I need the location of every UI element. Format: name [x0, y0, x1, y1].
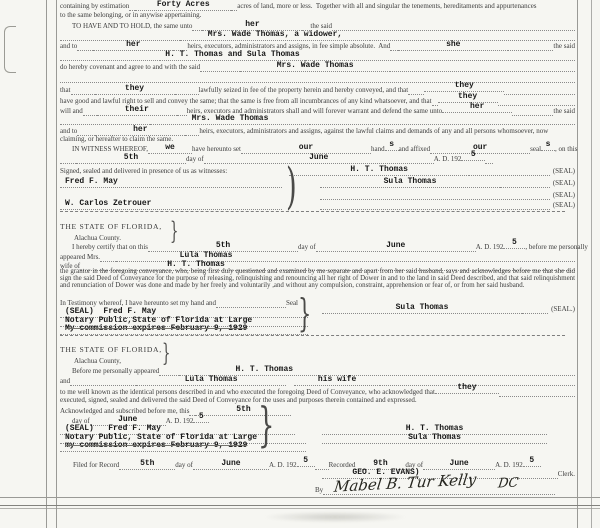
- page-rule-vertical-left-outer: [46, 0, 47, 528]
- notary-commission-line-1: My commission expires February 9, 1929: [60, 324, 320, 335]
- typed-entry: s: [385, 140, 399, 151]
- clerk-signature: Mabel B. Tur Kelly: [333, 470, 477, 496]
- dotted-blank: [60, 114, 150, 125]
- clerk-signature: DC: [497, 475, 519, 491]
- page-rule-vertical-right-inner: [577, 0, 578, 528]
- dotted-blank: [70, 375, 136, 386]
- dotted-blank: [60, 50, 160, 61]
- section-separator-2: [60, 335, 565, 336]
- covenant-line: do hereby covenant and agree to and with…: [60, 61, 575, 72]
- typed-entry: H. T. Thomas and Sula Thomas: [160, 50, 305, 61]
- typed-entry: June: [204, 153, 434, 164]
- dotted-blank: [320, 199, 550, 210]
- page-rule-horizontal-bottom-1: [0, 497, 600, 498]
- grantors-name-line: H. T. Thomas and Sula Thomas: [60, 50, 575, 61]
- curly-brace: ): [286, 162, 297, 210]
- printed-text: day of: [175, 460, 193, 470]
- dotted-blank: [522, 303, 548, 314]
- typed-entry: Mrs. Wade Thomas: [240, 61, 390, 72]
- grantee-name-line-2: Mrs. Wade Thomas: [60, 114, 575, 125]
- witness-attest-line: Signed, sealed and delivered in presence…: [60, 165, 575, 176]
- dotted-blank: [175, 84, 199, 95]
- printed-text: Clerk.: [558, 469, 575, 479]
- acknowledge-clause-line-2: executed, signed, sealed and delivered t…: [60, 394, 575, 405]
- dotted-blank: [500, 177, 550, 188]
- typed-entry: his wife: [294, 375, 380, 386]
- printed-text: to the same belonging, or in anywise app…: [60, 10, 201, 20]
- dotted-blank: [485, 153, 493, 164]
- state-heading-1: THE STATE OF FLORIDA,: [60, 221, 260, 232]
- sula-seal-line: Sula Thomas(SEAL.): [322, 303, 575, 314]
- typed-entry: June: [193, 459, 269, 470]
- dotted-blank: [200, 61, 240, 72]
- typed-entry: H. T. Thomas: [289, 165, 469, 176]
- printed-text: lawfully seized in fee of the property h…: [199, 85, 409, 95]
- scan-smudge: [235, 509, 435, 525]
- page-rule-horizontal-bottom-2: [0, 505, 600, 506]
- deputy-initials-line: DC: [498, 471, 558, 491]
- typed-entry: Lula Thomas: [136, 375, 286, 386]
- seal-label: (SEAL.): [551, 304, 575, 314]
- dotted-blank: [305, 50, 575, 61]
- deed-scan-page: containing by estimationForty Acresacres…: [0, 0, 600, 528]
- dower-clause-para: the grantor in the foregoing conveyance,…: [60, 268, 575, 289]
- typed-entry: 5th: [76, 153, 186, 164]
- spacer: [227, 166, 289, 176]
- printed-text: day of: [186, 154, 204, 164]
- typed-entry: 5: [523, 456, 541, 467]
- typed-entry: 5: [461, 150, 485, 161]
- witness-fred-may-line: Fred F. MaySula Thomas(SEAL): [60, 177, 575, 188]
- page-rule-vertical-right-outer: [591, 0, 592, 528]
- witness-zetrouer-line: W. Carlos Zetrouer(SEAL): [60, 199, 575, 210]
- typed-entry: they: [95, 84, 175, 95]
- printed-text: Filed for Record: [73, 460, 119, 470]
- typed-entry: 5: [503, 238, 525, 249]
- margin-bracket-mark: [4, 26, 16, 73]
- seisin-clause-line: thattheylawfully seized in fee of the pr…: [60, 84, 575, 95]
- typed-entry: they: [435, 383, 499, 394]
- state-heading-2: THE STATE OF FLORIDA,: [60, 344, 260, 355]
- typed-entry: they: [424, 81, 504, 92]
- seal-label: (SEAL): [553, 200, 575, 210]
- typed-entry: Sula Thomas: [322, 433, 547, 444]
- typed-entry: s: [541, 140, 555, 151]
- printed-text: Signed, sealed and delivered in presence…: [60, 166, 227, 176]
- typed-entry: W. Carlos Zetrouer: [60, 199, 282, 210]
- dotted-blank: [310, 114, 575, 125]
- execution-date-line: 5thday ofJuneA. D. 1925: [60, 153, 575, 164]
- dotted-blank: [390, 61, 575, 72]
- typed-entry: Sula Thomas: [322, 303, 522, 314]
- section-heading: THE STATE OF FLORIDA,: [60, 345, 162, 355]
- dotted-blank: [408, 84, 424, 95]
- printed-text: A. D. 192: [434, 154, 462, 164]
- spacer: [286, 376, 294, 386]
- dotted-blank: [504, 84, 575, 95]
- typed-entry: Mrs. Wade Thomas: [150, 114, 310, 125]
- printed-text: and: [60, 376, 70, 386]
- notary-commission-line-2: my commission expires February 9, 1929: [60, 441, 320, 452]
- clause-belonging: to the same belonging, or in anywise app…: [60, 9, 575, 20]
- curly-brace: }: [162, 342, 170, 365]
- printed-text: By: [315, 485, 323, 495]
- curly-brace: }: [258, 403, 274, 448]
- printed-text: A. D. 192: [269, 460, 297, 470]
- seal-label: (SEAL): [553, 178, 575, 188]
- typed-entry: 5th: [119, 459, 175, 470]
- section-separator-1: [60, 211, 565, 212]
- curly-brace: }: [298, 295, 311, 331]
- typed-entry: My commission expires February 9, 1929: [60, 324, 308, 335]
- dotted-blank: [71, 84, 95, 95]
- typed-entry: her: [442, 102, 512, 113]
- section-heading: THE STATE OF FLORIDA,: [60, 222, 162, 232]
- printed-text: executed, signed, sealed and delivered t…: [60, 395, 417, 405]
- typed-entry: Fred F. May: [60, 177, 282, 188]
- printed-text: that: [60, 85, 71, 95]
- page-rule-vertical-left-inner: [56, 0, 57, 528]
- curly-brace: }: [170, 220, 178, 243]
- typed-entry: 5: [297, 456, 315, 467]
- printed-text: do hereby covenant and agree to and with…: [60, 62, 200, 72]
- typed-entry: Sula Thomas: [320, 177, 500, 188]
- typed-entry: 5: [193, 412, 209, 423]
- dotted-blank: [60, 153, 76, 164]
- seal-label: (SEAL): [553, 166, 575, 176]
- dotted-blank: [469, 165, 550, 176]
